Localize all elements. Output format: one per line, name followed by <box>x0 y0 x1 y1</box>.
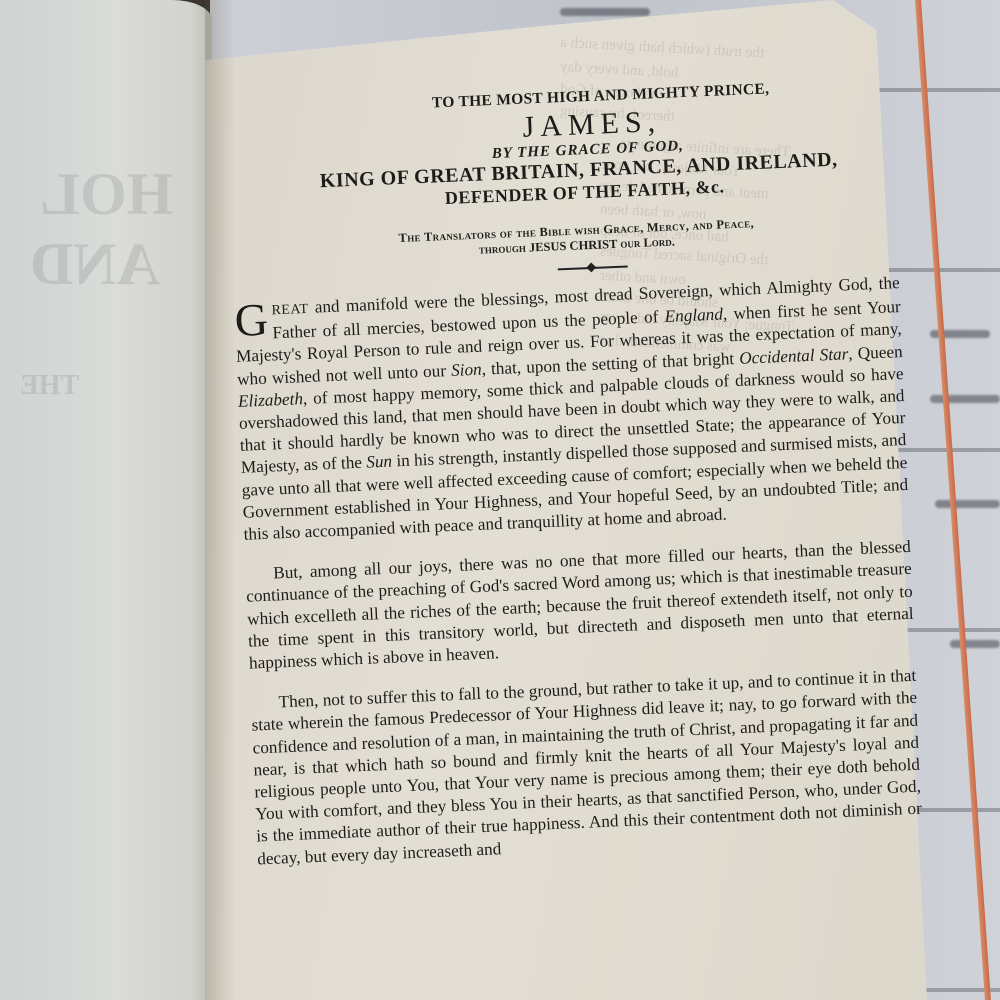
paragraph-1: GREAT and manifold were the blessings, m… <box>234 272 910 546</box>
bleed-through-text: HOL <box>40 160 173 229</box>
paragraph-2: But, among all our joys, there was no on… <box>245 536 915 675</box>
italic-run: England <box>664 305 723 326</box>
ornamental-rule <box>558 265 628 270</box>
wood-grain-mark <box>560 8 650 16</box>
italic-run: Sion <box>451 359 482 379</box>
bleed-through-text: THE <box>20 370 79 402</box>
dedication-heading: TO THE MOST HIGH AND MIGHTY PRINCE, JAME… <box>206 75 913 285</box>
italic-run: Sun <box>366 452 393 472</box>
lead-word: REAT <box>271 302 309 319</box>
text-run: , Queen <box>848 342 903 363</box>
wood-grain-mark <box>930 395 1000 403</box>
wood-grain-mark <box>950 640 1000 648</box>
wood-grain-mark <box>935 500 1000 508</box>
left-page: HOL AND THE <box>0 0 212 1000</box>
italic-run: Elizabeth <box>238 389 304 411</box>
drop-cap: G <box>234 301 269 340</box>
paragraph-3: Then, not to suffer this to fall to the … <box>250 665 923 870</box>
italic-run: Occidental Star <box>739 344 849 368</box>
bleed-through-text: AND <box>30 230 160 299</box>
body-text: GREAT and manifold were the blessings, m… <box>214 272 937 872</box>
dedication-page-text: TO THE MOST HIGH AND MIGHTY PRINCE, JAME… <box>205 61 938 889</box>
